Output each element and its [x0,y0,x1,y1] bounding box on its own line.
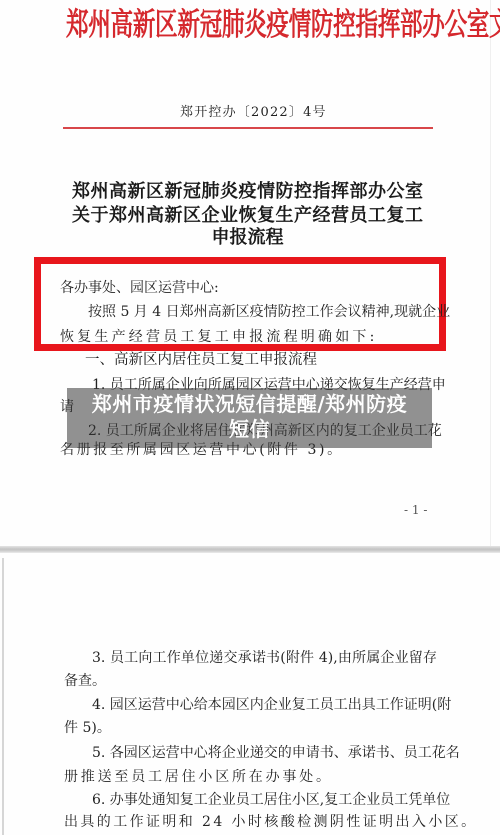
header-divider [63,127,433,129]
page-number: - 1 - [404,498,427,522]
step-6-line-1: 6. 办事处通知复工企业员工居住小区,复工企业员工凭单位 [92,788,437,812]
document-number: 郑开控办〔2022〕4号 [180,104,327,122]
step-5-line-1: 5. 各园区运营中心将企业递交的申请书、承诺书、员工花名 [92,741,437,765]
title-line-2: 关于郑州高新区企业恢复生产经营员工复工 [72,204,423,228]
step-4-line-2: 件 5)。 [64,716,111,740]
step-5-line-2: 册推送至员工居住小区所在办事处。 [64,765,333,789]
step-3-line-1: 3. 员工向工作单位递交承诺书(附件 4),由所属企业留存 [92,646,437,670]
page-edge [490,0,491,546]
caption-overlay: 郑州市疫情状况短信提醒/郑州防疫 短信 [67,388,432,448]
document-header-title: 郑州高新区新冠肺炎疫情防控指挥部办公室文件 [66,8,500,42]
title-line-3: 申报流程 [72,226,423,250]
intro-line-1: 按照 5 月 4 日郑州高新区疫情防控工作会议精神,现就企业 [88,300,432,324]
step-4-line-1: 4. 园区运营中心给本园区内企业复工员工出具工作证明(附 [92,693,437,717]
document-title: 郑州高新区新冠肺炎疫情防控指挥部办公室 关于郑州高新区企业恢复生产经营员工复工 … [72,180,423,250]
step-3-line-2: 备查。 [64,669,106,693]
section-heading: 一、高新区内居住员工复工申报流程 [85,348,317,372]
caption-line-2: 短信 [67,417,432,442]
page-edge-left [2,558,4,835]
title-line-1: 郑州高新区新冠肺炎疫情防控指挥部办公室 [72,180,423,204]
page-separator [0,546,500,553]
step-6-line-2: 出具的工作证明和 24 小时核酸检测阴性证明出入小区。 [64,810,478,834]
caption-line-1: 郑州市疫情状况短信提醒/郑州防疫 [67,392,432,417]
intro-line-2: 恢复生产经营员工复工申报流程明确如下: [60,325,378,349]
salutation: 各办事处、园区运营中心: [60,276,219,300]
